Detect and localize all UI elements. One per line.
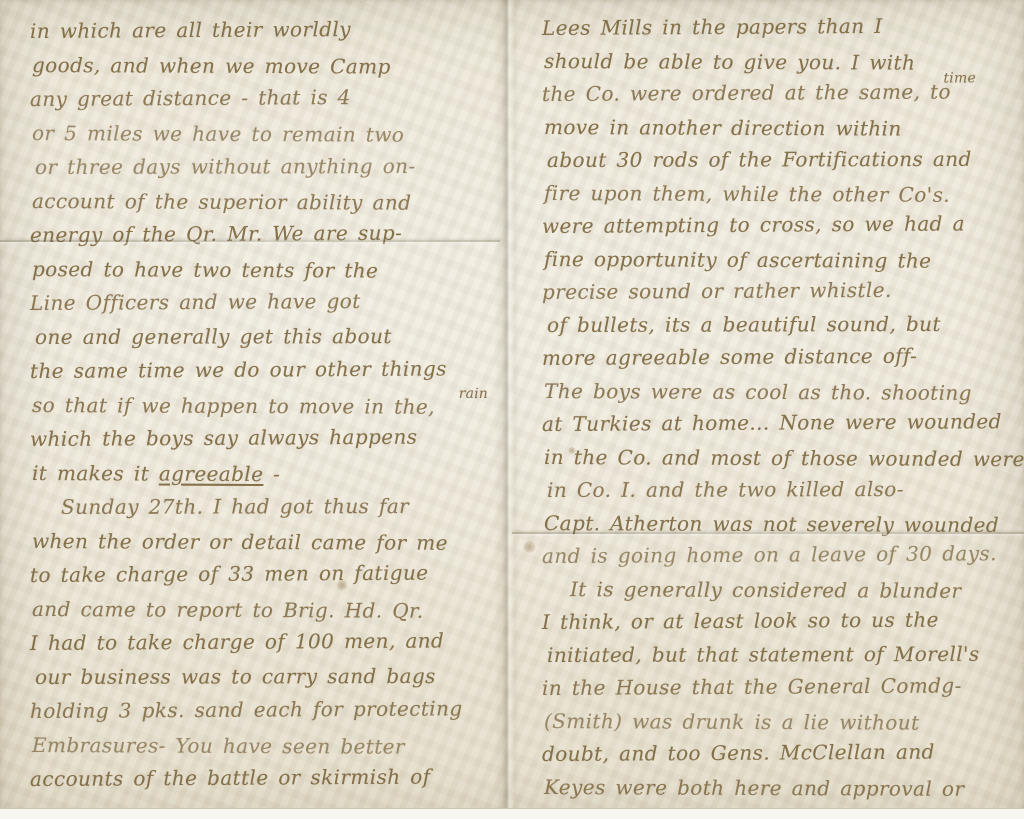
- handwriting-line: in which are all their worldly: [30, 11, 496, 48]
- inserted-word: rain: [459, 377, 488, 411]
- handwriting-line: I think, or at least look so to us the: [542, 603, 1020, 639]
- handwriting-line: precise sound or rather whistle.: [542, 273, 1020, 309]
- handwriting-line: in the Co. and most of those wounded wer…: [544, 441, 1022, 476]
- handwriting-line: Line Officers and we have got: [30, 283, 496, 320]
- handwriting-line: of bullets, its a beautiful sound, but: [547, 308, 1024, 342]
- handwriting-line: and is going home on a leave of 30 days.: [542, 537, 1020, 573]
- inserted-word: time: [943, 62, 976, 95]
- handwriting-line: it makes it agreeable -: [32, 456, 498, 492]
- letter-page-right: Lees Mills in the papers than Ishould be…: [520, 0, 1020, 819]
- handwriting-line: the Co. were ordered at the same, totime: [542, 75, 1020, 111]
- handwriting-line: about 30 rods of the Fortifications and: [547, 143, 1024, 177]
- handwriting-line: or 5 miles we have to remain two: [32, 116, 498, 152]
- handwriting-line: at Turkies at home... None were wounded: [542, 405, 1020, 441]
- handwriting-line: which the boys say always happens: [30, 419, 496, 456]
- handwriting-line: accounts of the battle or skirmish of: [30, 759, 496, 796]
- handwriting-line: holding 3 pks. sand each for protecting: [30, 691, 496, 728]
- handwriting-line: one and generally get this about: [35, 319, 501, 354]
- handwriting-line: our business was to carry sand bags: [35, 659, 501, 694]
- handwriting-line: more agreeable some distance off-: [542, 339, 1020, 375]
- handwriting-line: I had to take charge of 100 men, and: [30, 623, 496, 660]
- letter-scan: in which are all their worldlygoods, and…: [0, 0, 1024, 819]
- handwriting-line: energy of the Qr. Mr. We are sup-: [30, 215, 496, 252]
- handwriting-line: were attempting to cross, so we had a: [542, 207, 1020, 243]
- handwriting-line: Lees Mills in the papers than I: [542, 9, 1020, 45]
- handwriting-line: Keyes were both here and approval or: [544, 771, 1022, 806]
- handwriting-line: initiated, but that statement of Morell'…: [547, 638, 1024, 672]
- scan-bottom-edge: [0, 808, 1024, 819]
- handwriting-line: the same time we do our other things: [30, 351, 496, 388]
- handwriting-line: in the House that the General Comdg-: [542, 669, 1020, 705]
- handwriting-line: in Co. I. and the two killed also-: [547, 473, 1024, 507]
- letter-page-left: in which are all their worldlygoods, and…: [0, 0, 500, 819]
- handwriting-line: or three days without anything on-: [35, 149, 501, 184]
- handwriting-line: any great distance - that is 4: [30, 79, 496, 116]
- handwriting-line: doubt, and too Gens. McClellan and: [542, 735, 1020, 771]
- handwriting-line: Sunday 27th. I had got thus far: [35, 489, 501, 524]
- handwriting-line: to take charge of 33 men on fatigue: [30, 555, 496, 592]
- handwriting-line: move in another direction within: [544, 111, 1022, 146]
